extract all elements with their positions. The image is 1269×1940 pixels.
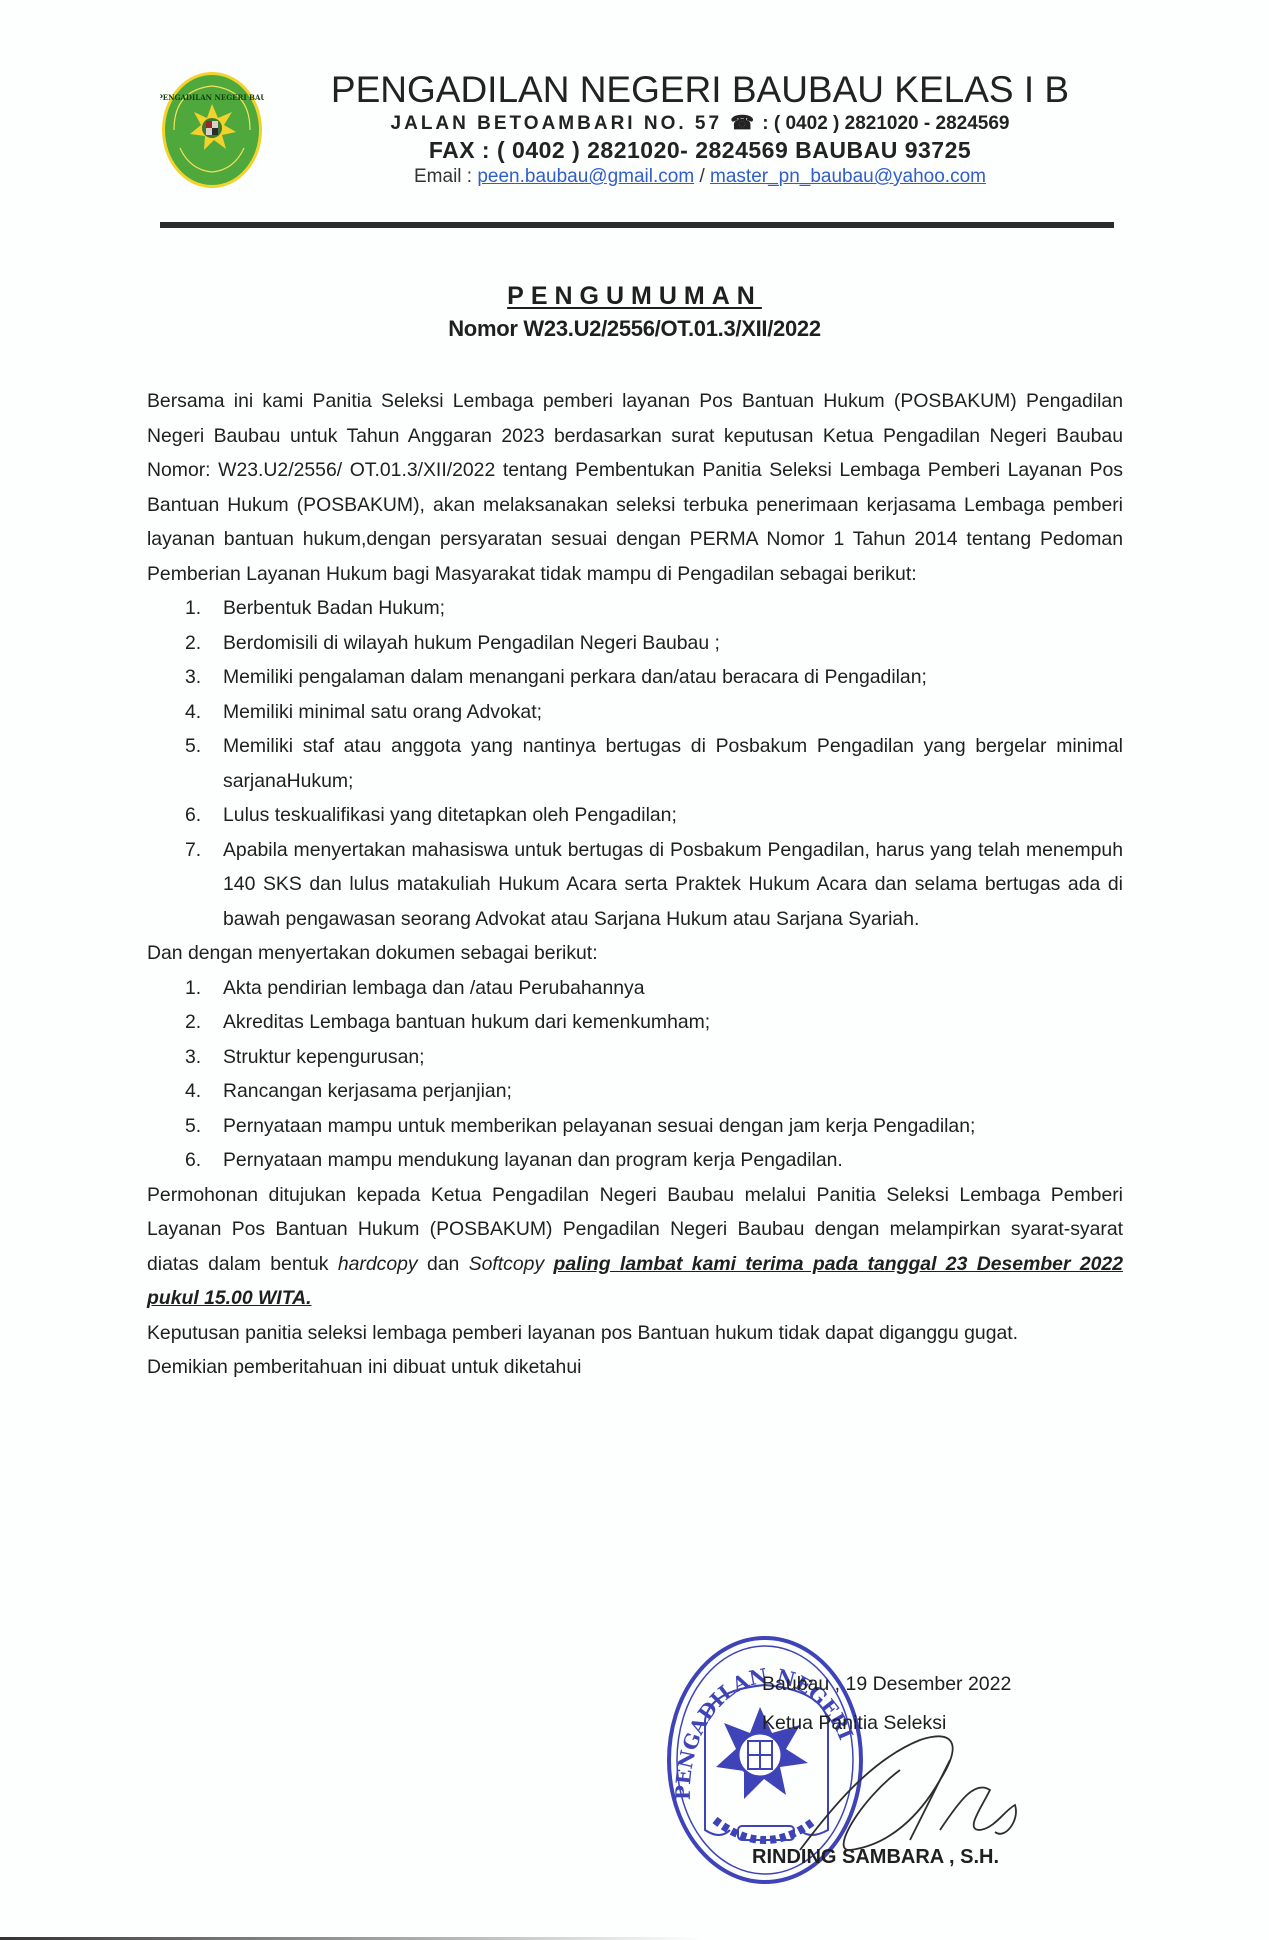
documents-list: 1.Akta pendirian lembaga dan /atau Perub…: [147, 971, 1123, 1178]
list-item: 5.Memiliki staf atau anggota yang nantin…: [147, 729, 1123, 798]
document-number: Nomor W23.U2/2556/OT.01.3/XII/2022: [0, 316, 1269, 342]
handwritten-signature-icon: [790, 1720, 1060, 1860]
email-label: Email :: [414, 166, 477, 187]
list-item: 5.Pernyataan mampu untuk memberikan pela…: [147, 1109, 1123, 1144]
list-item: 1.Akta pendirian lembaga dan /atau Perub…: [147, 971, 1123, 1006]
decision-paragraph: Keputusan panitia seleksi lembaga pember…: [147, 1316, 1123, 1351]
email-link-yahoo[interactable]: master_pn_baubau@yahoo.com: [710, 166, 986, 187]
email-separator: /: [694, 166, 710, 187]
list-item: 3.Memiliki pengalaman dalam menangani pe…: [147, 660, 1123, 695]
list-item: 2.Berdomisili di wilayah hukum Pengadila…: [147, 626, 1123, 661]
phone-number: : ( 0402 ) 2821020 - 2824569: [762, 113, 1009, 134]
closing-paragraph: Demikian pemberitahuan ini dibuat untuk …: [147, 1350, 1123, 1385]
list-item: 4.Memiliki minimal satu orang Advokat;: [147, 695, 1123, 730]
list-item: 2.Akreditas Lembaga bantuan hukum dari k…: [147, 1005, 1123, 1040]
announcement-page: PENGADILAN NEGERI BAU PENGADILAN NEGERI …: [0, 0, 1269, 1940]
email-link-gmail[interactable]: peen.baubau@gmail.com: [477, 166, 694, 187]
submission-paragraph: Permohonan ditujukan kepada Ketua Pengad…: [147, 1178, 1123, 1316]
documents-intro: Dan dengan menyertakan dokumen sebagai b…: [147, 936, 1123, 971]
page-title: PENGUMUMAN: [0, 282, 1269, 311]
fax-line: FAX : ( 0402 ) 2821020- 2824569 BAUBAU 9…: [300, 137, 1100, 164]
softcopy-term: Softcopy: [469, 1253, 544, 1275]
svg-text:PENGADILAN NEGERI BAU: PENGADILAN NEGERI BAU: [160, 93, 264, 102]
org-name: PENGADILAN NEGERI BAUBAU KELAS I B: [300, 70, 1100, 110]
signature-place-date: Baubau , 19 Desember 2022: [762, 1673, 1011, 1696]
phone-icon: ☎: [730, 113, 754, 134]
list-item: 6.Lulus teskualifikasi yang ditetapkan o…: [147, 798, 1123, 833]
letterhead-divider: [160, 222, 1114, 228]
address: JALAN BETOAMBARI NO. 57: [391, 113, 723, 134]
list-item: 4.Rancangan kerjasama perjanjian;: [147, 1074, 1123, 1109]
document-body: Bersama ini kami Panitia Seleksi Lembaga…: [147, 384, 1123, 1385]
list-item: 7.Apabila menyertakan mahasiswa untuk be…: [147, 833, 1123, 937]
intro-paragraph: Bersama ini kami Panitia Seleksi Lembaga…: [147, 384, 1123, 591]
address-line: JALAN BETOAMBARI NO. 57 ☎ : ( 0402 ) 282…: [300, 112, 1100, 135]
hardcopy-term: hardcopy: [338, 1253, 418, 1275]
requirements-list: 1.Berbentuk Badan Hukum; 2.Berdomisili d…: [147, 591, 1123, 936]
email-line: Email : peen.baubau@gmail.com / master_p…: [300, 166, 1100, 188]
list-item: 3.Struktur kepengurusan;: [147, 1040, 1123, 1075]
letterhead: PENGADILAN NEGERI BAUBAU KELAS I B JALAN…: [300, 70, 1100, 188]
list-item: 1.Berbentuk Badan Hukum;: [147, 591, 1123, 626]
court-emblem-logo: PENGADILAN NEGERI BAU: [160, 70, 264, 190]
list-item: 6.Pernyataan mampu mendukung layanan dan…: [147, 1143, 1123, 1178]
